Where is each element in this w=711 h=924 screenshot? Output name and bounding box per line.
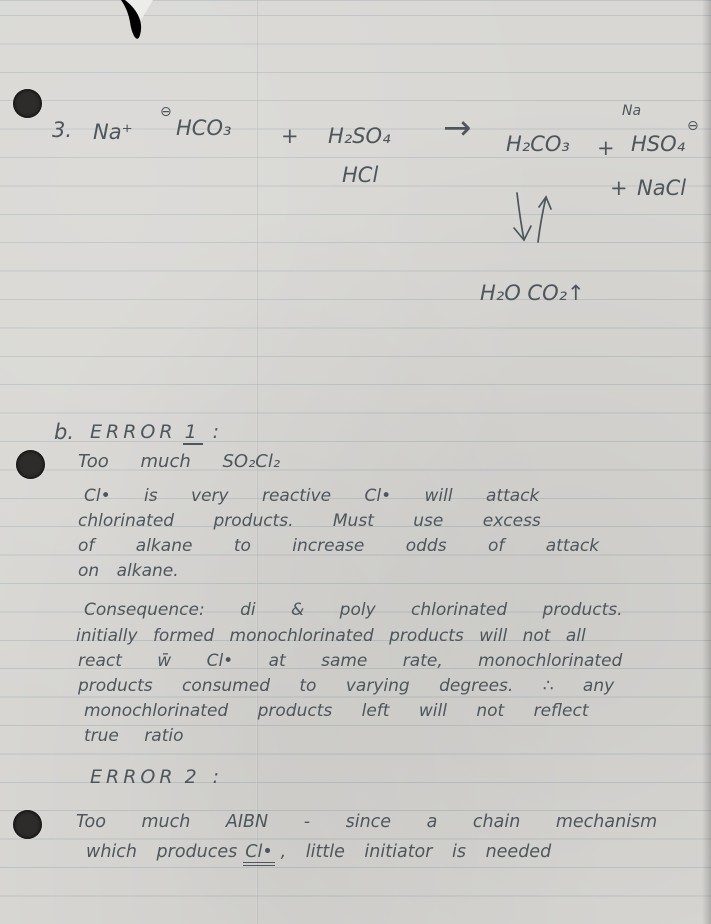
error1-title: Error (90, 421, 177, 443)
decomposition-products: H₂O CO₂↑ (480, 281, 585, 305)
reaction-arrow-icon: → (443, 108, 472, 148)
error2-line2-post: , little initiator is needed (281, 842, 552, 862)
equation-cation: Na⁺ (93, 120, 133, 144)
equation-product-acid: H₂CO₃ (506, 132, 570, 156)
hole-punch-middle (16, 450, 45, 479)
error2-title: Error (90, 766, 177, 788)
error2-number: 2 (183, 766, 203, 788)
error1-para-line: on alkane. (78, 561, 179, 581)
error2-colon: : (213, 766, 223, 788)
error1-para-line: Cl• is very reactive Cl• will attack (84, 486, 539, 506)
error1-consequence-line: products consumed to varying degrees. ∴ … (78, 676, 614, 696)
error1-number: 1 (183, 421, 203, 445)
error2-heading: Error2: (90, 766, 223, 788)
error1-cause: Too much SO₂Cl₂ (78, 452, 280, 472)
error1-consequence-line: monochlorinated products left will not r… (84, 701, 588, 721)
error2-line2: which producesCl•, little initiator is n… (86, 842, 551, 862)
torn-ink-mark-icon (95, 0, 165, 70)
counterion-label: Na (622, 103, 641, 119)
section-prefix: b. (54, 420, 74, 444)
notebook-page: 3. Na⁺ ⊖ HCO₃ + H₂SO₄ HCl → H₂CO₃ + Na H… (0, 0, 711, 924)
plus-sign-2: + (597, 136, 615, 160)
equation-reactant-acid-alt: HCl (342, 163, 378, 187)
error2-line1: Too much AIBN - since a chain mechanism (76, 812, 657, 832)
hole-punch-top (13, 89, 42, 118)
page-edge-shadow (702, 0, 711, 924)
anion-charge-icon: ⊖ (160, 104, 172, 120)
salt-charge-icon: ⊖ (687, 118, 699, 134)
plus-sign-3: + (610, 176, 628, 200)
error1-consequence-line: react w̄ Cl• at same rate, monochlorinat… (78, 651, 622, 671)
error2-radical: Cl• (243, 842, 274, 866)
error1-consequence-line: initially formed monochlorinated product… (76, 626, 586, 646)
equation-anion: HCO₃ (176, 116, 231, 140)
error1-para-line: chlorinated products. Must use excess (78, 511, 541, 531)
equation-number: 3. (52, 118, 72, 142)
equation-product-salt2: NaCl (637, 176, 686, 200)
error1-para-line: of alkane to increase odds of attack (78, 536, 599, 556)
plus-sign-1: + (281, 124, 299, 148)
down-up-arrows-icon (505, 190, 557, 252)
equation-reactant-acid: H₂SO₄ (328, 124, 391, 148)
error2-line2-pre: which produces (86, 842, 237, 862)
error1-consequence-line: true ratio (84, 726, 184, 746)
error1-consequence-line: Consequence: di & poly chlorinated produ… (84, 600, 623, 620)
hole-punch-bottom (13, 810, 42, 839)
error1-heading: Error1: (90, 421, 223, 443)
error1-colon: : (213, 421, 223, 443)
equation-product-salt: HSO₄ (631, 132, 685, 156)
